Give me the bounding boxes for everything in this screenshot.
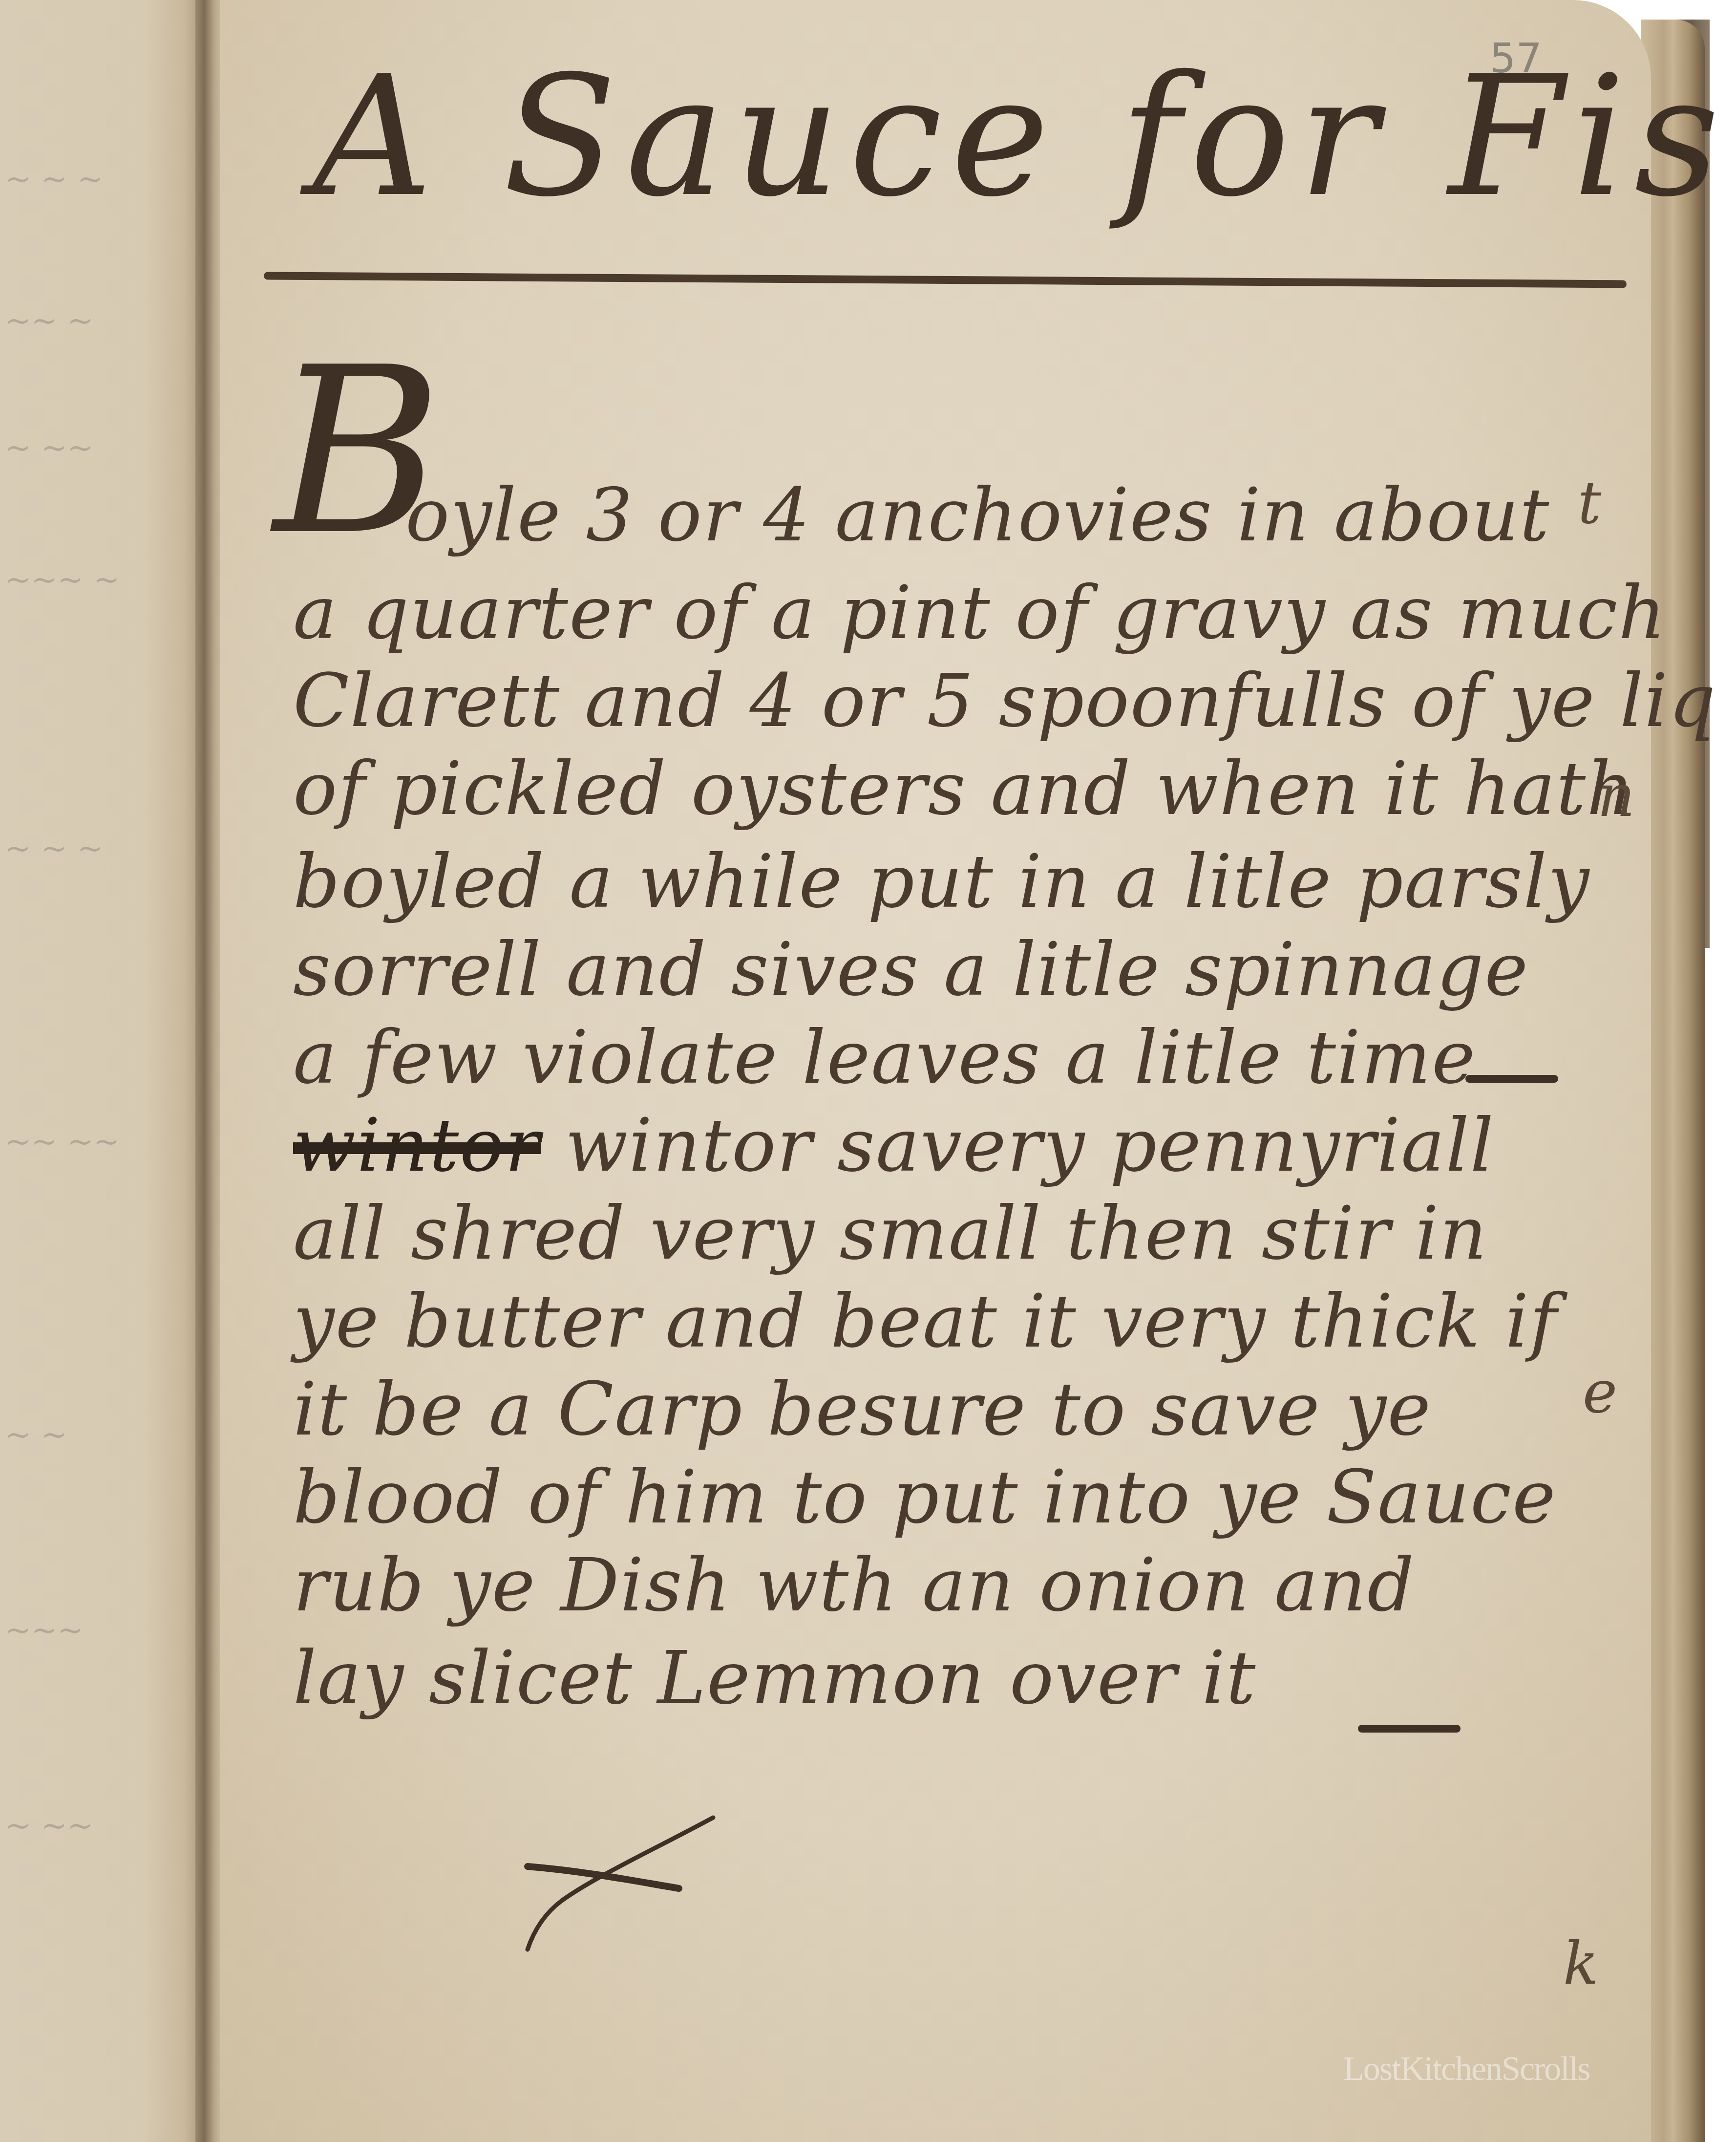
bleed-through-line: ~ ~ ~ — [5, 831, 104, 867]
bleed-through-line: ~~ ~ — [5, 303, 93, 339]
recipe-line: ye butter and beat it very thick if — [293, 1285, 1558, 1358]
recipe-line: a quarter of a pint of gravy as much — [293, 577, 1667, 650]
bleed-through-line: ~~~ — [5, 1612, 84, 1649]
recipe-line: lay slicet Lemmon over it — [293, 1642, 1256, 1715]
recipe-line: blood of him to put into ye Sauce — [293, 1461, 1557, 1534]
recipe-line: boyled a while put in a litle parsly — [293, 845, 1590, 919]
bleed-through-line: ~ ~ ~ — [5, 161, 104, 197]
margin-letter: e — [1583, 1358, 1617, 1426]
recipe-title: A Sauce for Fish — [313, 54, 1534, 220]
recipe-line-rest: wintor savery pennyriall — [565, 1103, 1495, 1188]
end-flourish-icon — [488, 1778, 742, 1954]
struck-through-word: wintor — [293, 1103, 541, 1188]
recipe-line: sorrell and sives a litle spinnage — [293, 933, 1529, 1007]
line-fill-dash — [1358, 1725, 1461, 1733]
recipe-line: all shred very small then stir in — [293, 1197, 1488, 1270]
recipe-line: wintor wintor savery pennyriall — [293, 1109, 1495, 1182]
manuscript-spread: ~ ~ ~ ~~ ~ ~ ~~ ~~~ ~ ~ ~ ~ ~~ ~~ ~ ~ ~~… — [0, 0, 1736, 2142]
bleed-through-line: ~~~ ~ — [5, 562, 120, 598]
bleed-through-line: ~ ~~ — [5, 1808, 93, 1844]
bleed-through-line: ~ ~~ — [5, 430, 93, 466]
left-facing-page: ~ ~ ~ ~~ ~ ~ ~~ ~~~ ~ ~ ~ ~ ~~ ~~ ~ ~ ~~… — [0, 0, 205, 2142]
bleed-through-line: ~~ ~~ — [5, 1124, 120, 1160]
recipe-line: it be a Carp besure to save ye — [293, 1373, 1432, 1446]
recipe-line: a few violate leaves a litle time — [293, 1021, 1476, 1094]
margin-letter: t — [1578, 469, 1601, 537]
recipe-line: Clarett and 4 or 5 spoonfulls of ye liq — [293, 664, 1716, 738]
bleed-through-line: ~ ~ — [5, 1417, 67, 1453]
watermark: LostKitchenScrolls — [1343, 2050, 1589, 2089]
line-fill-dash — [1465, 1075, 1558, 1083]
recipe-line: of pickled oysters and when it hath — [293, 752, 1635, 826]
margin-letter: k — [1563, 1930, 1599, 1998]
recipe-line: rub ye Dish wth an onion and — [293, 1549, 1415, 1622]
recipe-line: oyle 3 or 4 anchovies in about — [405, 479, 1550, 552]
margin-letter: n — [1597, 762, 1635, 830]
